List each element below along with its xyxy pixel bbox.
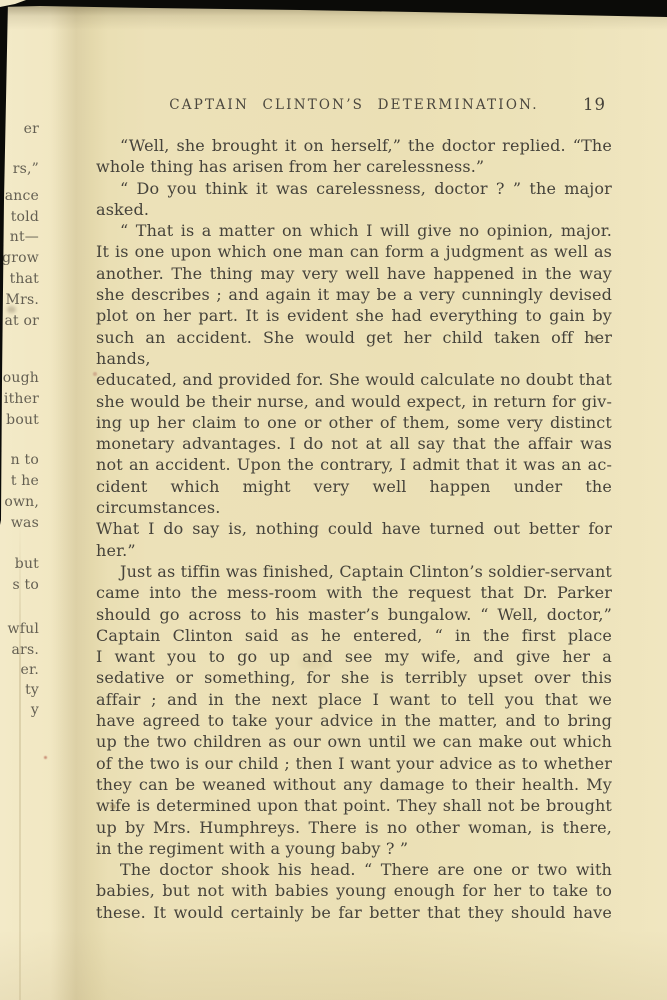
- body-text-block: “Well, she brought it on herself,” the d…: [96, 135, 612, 923]
- scanned-book-page: { "document": { "header": { "title": "CA…: [0, 0, 667, 1000]
- margin-text-fragment: told: [11, 209, 39, 225]
- margin-text-fragment: y: [31, 702, 39, 718]
- margin-text-fragment: at or: [4, 313, 39, 329]
- margin-text-fragment: wful: [8, 621, 39, 637]
- paragraph: “Well, she brought it on herself,” the d…: [96, 135, 612, 178]
- text-line: Captain Clinton said as he entered, “ in…: [96, 625, 612, 646]
- margin-text-fragment: t he: [11, 473, 39, 489]
- margin-text-fragment: ars.: [12, 642, 39, 658]
- text-line: not an accident. Upon the contrary, I ad…: [96, 454, 612, 475]
- text-line: babies, but not with babies young enough…: [96, 880, 612, 901]
- page-number: 19: [583, 95, 606, 114]
- text-line: up the two children as our own until we …: [96, 731, 612, 752]
- text-line: her.”: [96, 540, 612, 561]
- text-line: asked.: [96, 199, 612, 220]
- paragraph: The doctor shook his head. “ There are o…: [96, 859, 612, 923]
- text-line: sedative or something, for she is terrib…: [96, 667, 612, 688]
- margin-text-fragment: that: [10, 271, 39, 287]
- text-line: should go across to his master’s bungalo…: [96, 604, 612, 625]
- margin-text-fragment: but: [15, 556, 39, 572]
- text-line: plot on her part. It is evident she had …: [96, 305, 612, 326]
- margin-text-fragment: ither: [4, 391, 39, 407]
- text-line: It is one upon which one man can form a …: [96, 241, 612, 262]
- margin-text-fragment: n to: [11, 452, 39, 468]
- paper-blotch: [300, 656, 326, 670]
- page-bottom-shade: [0, 930, 667, 1000]
- margin-text-fragment: ough: [3, 370, 39, 386]
- paper-speck: [93, 372, 97, 376]
- margin-text-fragment: rs,”: [13, 161, 39, 177]
- text-line: ing up her claim to one or other of them…: [96, 412, 612, 433]
- paper-smudge: [7, 306, 16, 313]
- text-line: What I do say is, nothing could have tur…: [96, 518, 612, 539]
- text-line: they can be weaned without any damage to…: [96, 774, 612, 795]
- text-line: in the regiment with a young baby ? ”: [96, 838, 612, 859]
- text-line: whole thing has arisen from her careless…: [96, 156, 612, 177]
- text-line: another. The thing may very well have ha…: [96, 263, 612, 284]
- text-line: “ Do you think it was carelessness, doct…: [96, 178, 612, 199]
- margin-text-fragment: bout: [6, 412, 39, 428]
- paragraph: Just as tiffin was finished, Captain Cli…: [96, 561, 612, 859]
- text-line: came into the mess-room with the request…: [96, 582, 612, 603]
- paper-speck: [44, 756, 47, 759]
- text-line: cident which might very well happen unde…: [96, 476, 612, 519]
- text-line: I want you to go up and see my wife, and…: [96, 646, 612, 667]
- margin-text-fragment: er: [24, 121, 39, 137]
- paper-speck: [110, 804, 116, 809]
- margin-text-fragment: was: [11, 515, 39, 531]
- text-line: up by Mrs. Humphreys. There is no other …: [96, 817, 612, 838]
- margin-text-fragment: s to: [13, 577, 40, 593]
- text-line: Just as tiffin was finished, Captain Cli…: [96, 561, 612, 582]
- text-line: educated, and provided for. She would ca…: [96, 369, 612, 390]
- margin-text-fragment: er.: [21, 662, 40, 678]
- margin-text-fragment: nt—: [10, 229, 39, 245]
- text-line: she would be their nurse, and would expe…: [96, 391, 612, 412]
- margin-text-fragment: own,: [4, 494, 39, 510]
- text-line: “ That is a matter on which I will give …: [96, 220, 612, 241]
- text-line: of the two is our child ; then I want yo…: [96, 753, 612, 774]
- text-line: she describes ; and again it may be a ve…: [96, 284, 612, 305]
- text-line: these. It would certainly be far better …: [96, 902, 612, 923]
- previous-page-edge: errs,”ancetoldnt—growthatMrs.at oroughit…: [0, 0, 42, 1000]
- paragraph: “ Do you think it was carelessness, doct…: [96, 178, 612, 221]
- text-line: wife is determined upon that point. They…: [96, 795, 612, 816]
- text-line: “Well, she brought it on herself,” the d…: [96, 135, 612, 156]
- margin-text-fragment: ty: [25, 682, 39, 698]
- text-line: have agreed to take your advice in the m…: [96, 710, 612, 731]
- text-line: The doctor shook his head. “ There are o…: [96, 859, 612, 880]
- chapter-running-title: CAPTAIN CLINTON’S DETERMINATION.: [96, 97, 612, 113]
- text-line: monetary advantages. I do not at all say…: [96, 433, 612, 454]
- running-head: CAPTAIN CLINTON’S DETERMINATION. 19: [96, 97, 612, 117]
- text-line: such an accident. She would get her chil…: [96, 327, 612, 370]
- paragraph: “ That is a matter on which I will give …: [96, 220, 612, 561]
- paper-speck: [592, 336, 597, 340]
- margin-text-fragment: ance: [5, 188, 39, 204]
- text-line: affair ; and in the next place I want to…: [96, 689, 612, 710]
- margin-text-fragment: grow: [2, 250, 39, 266]
